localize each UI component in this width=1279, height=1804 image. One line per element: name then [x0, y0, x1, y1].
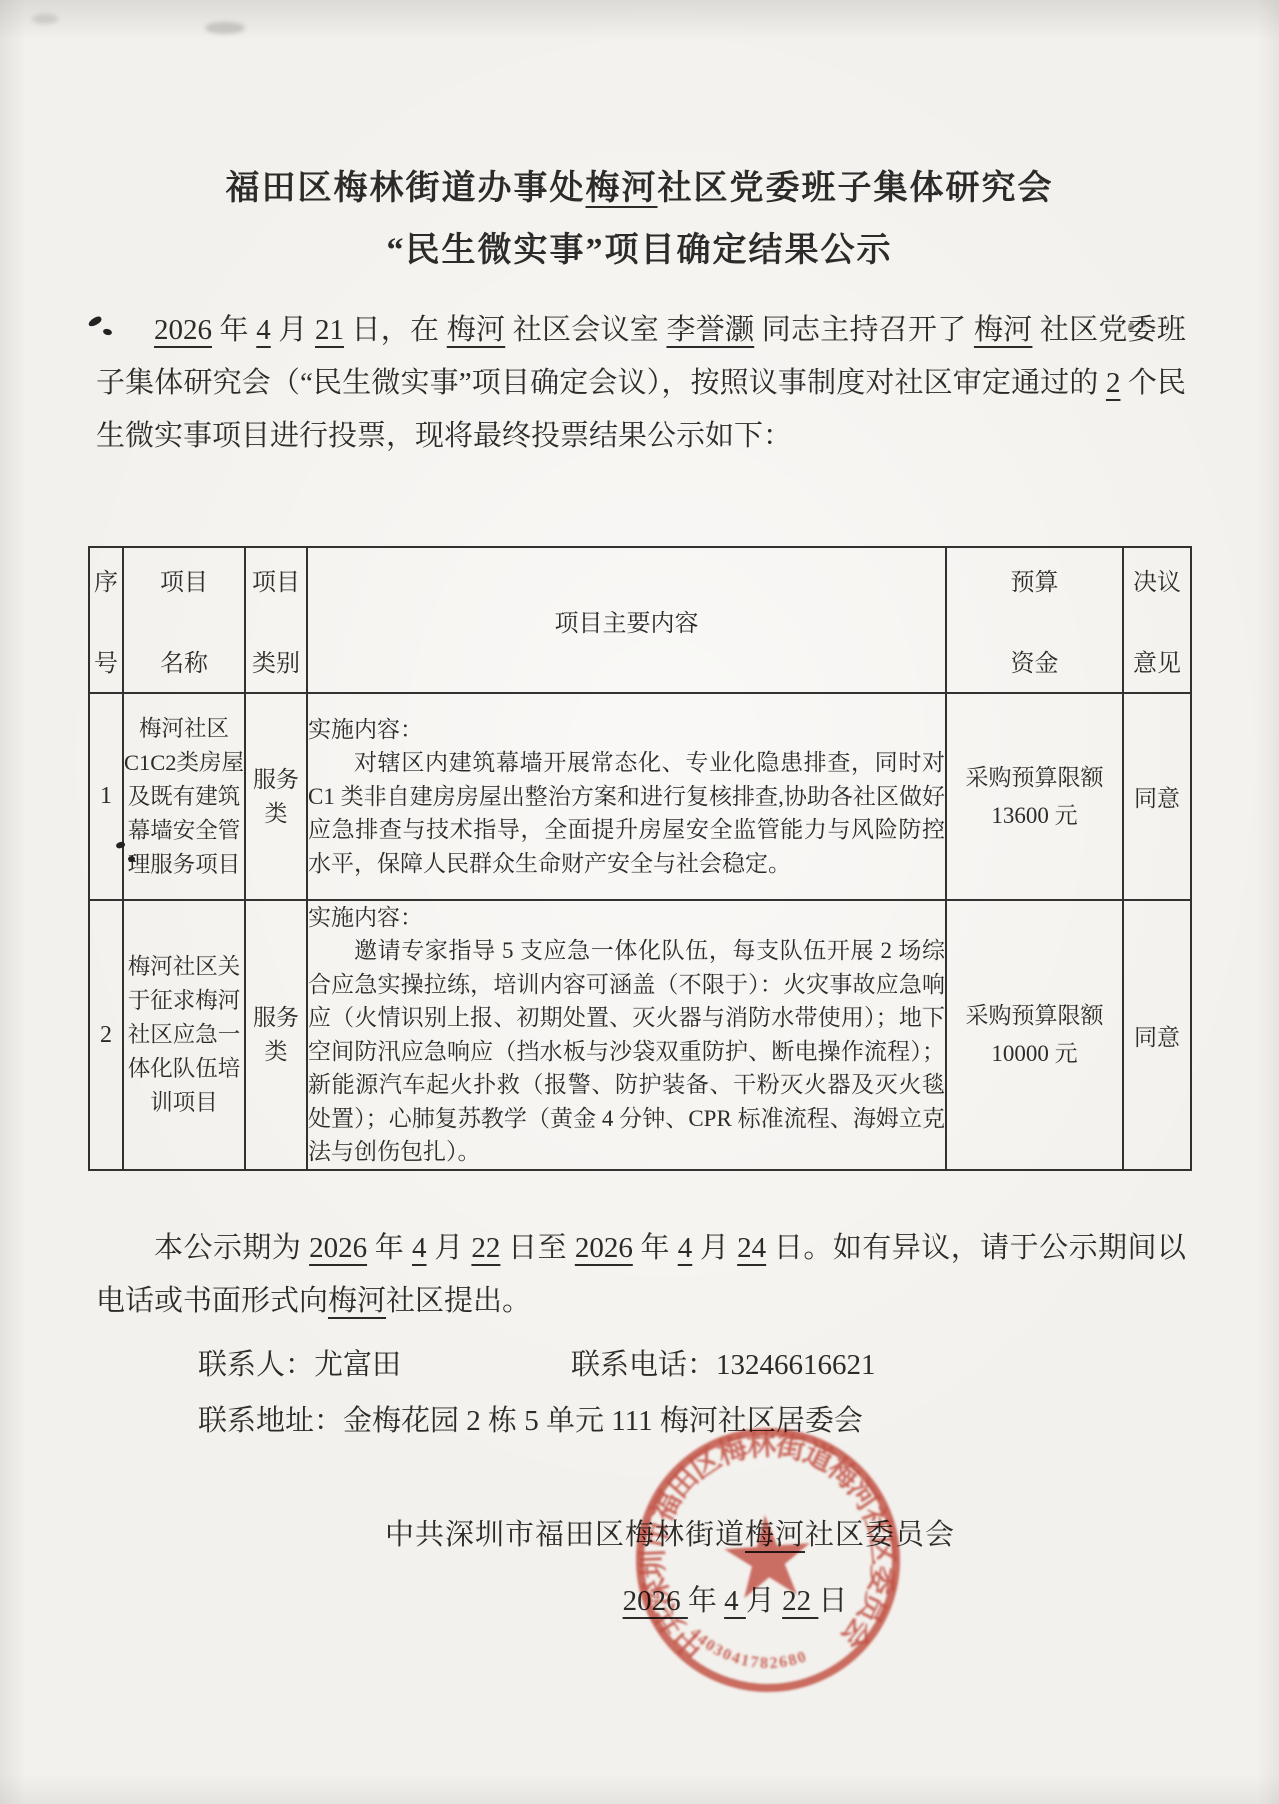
header-budget: 预算资金 [946, 547, 1123, 693]
text-run: 福田区梅林街道办事处 [226, 170, 586, 207]
text-run: 社区提出。 [386, 1285, 531, 1317]
text-run: 日，在 [344, 314, 447, 346]
text-run: 社区会议室 [505, 314, 666, 346]
underlined-text-run: 24 [737, 1232, 766, 1264]
contact-line: 联系人：尤富田联系电话：13246616621 [198, 1342, 1178, 1383]
underlined-text-run: 21 [315, 314, 344, 346]
text-run: 同志主持召开了 [754, 314, 974, 346]
row2-category: 服务类 [245, 900, 307, 1170]
text-run: 月 [692, 1232, 737, 1264]
scan-artifact [32, 14, 58, 24]
header-project-name: 项目名称 [123, 547, 245, 693]
header-name-top: 项目 [160, 562, 208, 597]
underlined-text-run: 2026 [309, 1232, 367, 1264]
row1-seq: 1 [89, 693, 123, 900]
row1-budget-label: 采购预算限额 [947, 759, 1122, 797]
underlined-text-run: 22 [471, 1232, 500, 1264]
phone-label: 联系电话： [571, 1349, 716, 1381]
row1-content-label: 实施内容： [308, 713, 945, 746]
seal-star-icon [722, 1512, 813, 1599]
header-main-content: 项目主要内容 [307, 547, 946, 693]
header-seq: 序号 [89, 547, 123, 693]
underlined-text-run: 梅河 [586, 170, 658, 207]
header-decision-bottom: 意见 [1133, 643, 1181, 678]
text-run: 年 [367, 1232, 412, 1264]
text-run: “民生微实事”项目确定结果公示 [387, 232, 893, 269]
underlined-text-run: 4 [412, 1232, 427, 1264]
header-category-top: 项目 [252, 562, 300, 597]
header-seq-bottom: 号 [94, 643, 118, 678]
row1-main-content: 实施内容： 对辖区内建筑幕墙开展常态化、专业化隐患排查，同时对 C1 类非自建房… [307, 693, 946, 900]
row2-main-content: 实施内容： 邀请专家指导 5 支应急一体化队伍，每支队伍开展 2 场综合应急实操… [307, 900, 946, 1170]
text-run: 本公示期为 [154, 1232, 309, 1264]
text-run: 月 [271, 314, 315, 346]
address-label: 联系地址： [198, 1405, 343, 1437]
row1-category: 服务类 [245, 693, 307, 900]
official-seal: 中共深圳市福田区梅林街道梅河社区委员会 4403041782680 [597, 1389, 939, 1731]
underlined-text-run: 2 [1106, 367, 1121, 399]
phone-number: 13246616621 [716, 1349, 876, 1381]
scan-artifact [205, 22, 245, 34]
header-project-category: 项目类别 [245, 547, 307, 693]
projects-table: 序号 项目名称 项目类别 项目主要内容 预算资金 决议意见 1 梅河社区C1C2… [88, 546, 1192, 1171]
header-seq-top: 序 [94, 562, 118, 597]
row2-content-body: 邀请专家指导 5 支应急一体化队伍，每支队伍开展 2 场综合应急实操拉练，培训内… [308, 934, 945, 1169]
row2-budget-label: 采购预算限额 [947, 997, 1122, 1035]
underlined-text-run: 梅河 [974, 314, 1033, 346]
header-decision: 决议意见 [1123, 547, 1191, 693]
table-row: 1 梅河社区C1C2类房屋及既有建筑幕墙安全管理服务项目 服务类 实施内容： 对… [89, 693, 1191, 900]
table-row: 2 梅河社区关于征求梅河社区应急一体化队伍培训项目 服务类 实施内容： 邀请专家… [89, 900, 1191, 1170]
header-name-bottom: 名称 [160, 643, 208, 678]
text-run: 社区党委班子集体研究会 [658, 170, 1054, 207]
underlined-text-run: 梅河 [447, 314, 506, 346]
underlined-text-run: 梅河 [328, 1285, 386, 1317]
row1-decision: 同意 [1123, 693, 1191, 900]
intro-paragraph: 2026 年 4 月 21 日，在 梅河 社区会议室 李誉灏 同志主持召开了 梅… [96, 304, 1186, 463]
row2-budget-amount: 10000 元 [947, 1035, 1122, 1073]
underlined-text-run: 2026 [575, 1232, 633, 1264]
underlined-text-run: 2026 [154, 314, 212, 346]
row1-budget-amount: 13600 元 [947, 797, 1122, 835]
row1-project-name: 梅河社区C1C2类房屋及既有建筑幕墙安全管理服务项目 [123, 693, 245, 900]
underlined-text-run: 4 [678, 1232, 693, 1264]
header-budget-top: 预算 [1011, 562, 1059, 597]
text-run: 月 [427, 1232, 472, 1264]
underlined-text-run: 4 [256, 314, 271, 346]
row2-budget: 采购预算限额 10000 元 [946, 900, 1123, 1170]
header-decision-top: 决议 [1133, 562, 1181, 597]
publicity-period-paragraph: 本公示期为 2026 年 4 月 22 日至 2026 年 4 月 24 日。如… [96, 1222, 1186, 1328]
text-run: 年 [212, 314, 256, 346]
row2-project-name: 梅河社区关于征求梅河社区应急一体化队伍培训项目 [123, 900, 245, 1170]
table-header-row: 序号 项目名称 项目类别 项目主要内容 预算资金 决议意见 [89, 547, 1191, 693]
row1-budget: 采购预算限额 13600 元 [946, 693, 1123, 900]
row2-content-label: 实施内容： [308, 901, 945, 934]
text-run: 日至 [500, 1232, 574, 1264]
row2-decision: 同意 [1123, 900, 1191, 1170]
ink-blot [128, 856, 135, 862]
document-title-line1: 福田区梅林街道办事处梅河社区党委班子集体研究会 [0, 160, 1279, 209]
text-run: 年 [633, 1232, 678, 1264]
row1-content-body: 对辖区内建筑幕墙开展常态化、专业化隐患排查，同时对 C1 类非自建房房屋出整治方… [308, 746, 945, 880]
contact-name: 尤富田 [314, 1349, 401, 1381]
row2-seq: 2 [89, 900, 123, 1170]
seal-graphic: 中共深圳市福田区梅林街道梅河社区委员会 4403041782680 [597, 1389, 939, 1731]
header-budget-bottom: 资金 [1011, 643, 1059, 678]
header-category-bottom: 类别 [252, 643, 300, 678]
underlined-text-run: 李誉灏 [666, 314, 754, 346]
document-title-line2: “民生微实事”项目确定结果公示 [0, 222, 1279, 271]
contact-label: 联系人： [198, 1349, 314, 1381]
